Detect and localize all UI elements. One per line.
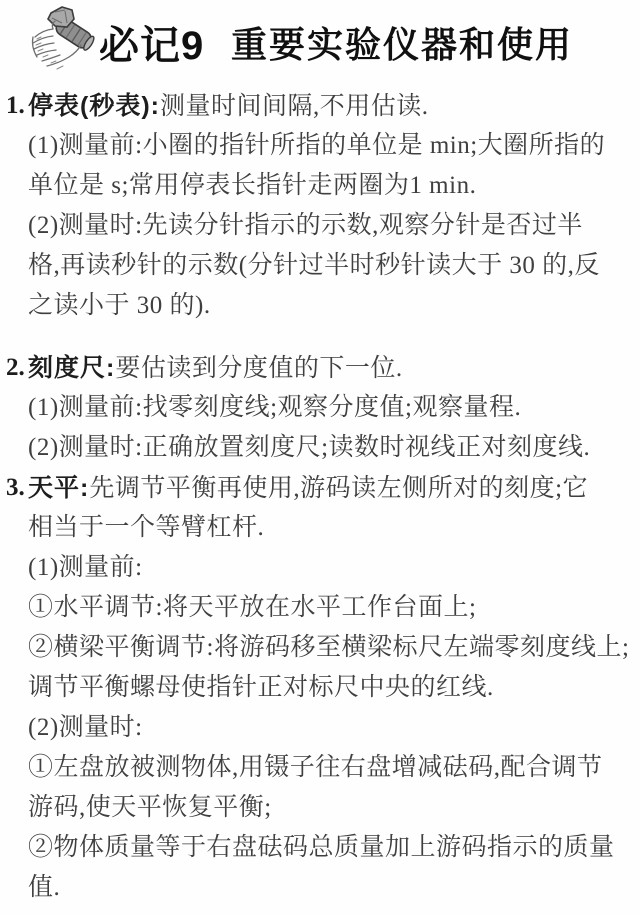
section-number: 2. bbox=[6, 348, 25, 388]
lead-text: 测量时间间隔,不用估读. bbox=[160, 93, 429, 120]
text-line: 游码,使天平恢复平衡; bbox=[28, 788, 636, 828]
text-line: (1)测量前:找零刻度线;观察分度值;观察量程. bbox=[28, 388, 636, 428]
lead-text: 要估读到分度值的下一位. bbox=[115, 355, 402, 382]
lesson-badge: 必记9 bbox=[99, 14, 204, 71]
section-heading: 停表(秒表): bbox=[28, 92, 160, 120]
section-number: 3. bbox=[6, 468, 25, 508]
text-line: 值. bbox=[28, 868, 636, 908]
text-line: (2)测量时:正确放置刻度尺;读数时视线正对刻度线. bbox=[28, 428, 636, 468]
section-ruler: 2. 刻度尺:要估读到分度值的下一位. (1)测量前:找零刻度线;观察分度值;观… bbox=[0, 348, 640, 468]
text-line: (1)测量前: bbox=[28, 548, 636, 588]
text-line: 单位是 s;常用停表长指针走两圈为1 min. bbox=[28, 166, 636, 206]
section-number: 1. bbox=[6, 86, 25, 126]
text-line: 之读小于 30 的). bbox=[28, 286, 636, 326]
section-stopwatch: 1. 停表(秒表):测量时间间隔,不用估读. (1)测量前:小圈的指针所指的单位… bbox=[0, 86, 640, 326]
text-line: 停表(秒表):测量时间间隔,不用估读. bbox=[28, 86, 636, 126]
page-title: 重要实验仪器和使用 bbox=[231, 17, 573, 68]
text-line: ②横梁平衡调节:将游码移至横梁标尺左端零刻度线上; bbox=[28, 628, 636, 668]
text-line: 格,再读秒针的示数(分针过半时秒针读大于 30 的,反 bbox=[28, 246, 636, 286]
text-line: 天平:先调节平衡再使用,游码读左侧所对的刻度;它 bbox=[28, 468, 636, 508]
section-balance: 3. 天平:先调节平衡再使用,游码读左侧所对的刻度;它 相当于一个等臂杠杆. (… bbox=[0, 468, 640, 908]
lead-text: 先调节平衡再使用,游码读左侧所对的刻度;它 bbox=[89, 475, 588, 502]
text-line: ②物体质量等于右盘砝码总质量加上游码指示的质量 bbox=[28, 828, 636, 868]
text-line: 相当于一个等臂杠杆. bbox=[28, 508, 636, 548]
text-line: (2)测量时: bbox=[28, 708, 636, 748]
page-header: 必记9 重要实验仪器和使用 bbox=[0, 0, 640, 86]
section-heading: 天平: bbox=[28, 474, 89, 502]
text-line: 调节平衡螺母使指针正对标尺中央的红线. bbox=[28, 668, 636, 708]
hand-chalk-icon bbox=[27, 3, 101, 73]
text-line: ①水平调节:将天平放在水平工作台面上; bbox=[28, 588, 636, 628]
textbook-page: 必记9 重要实验仪器和使用 1. 停表(秒表):测量时间间隔,不用估读. (1)… bbox=[0, 0, 640, 915]
text-line: (2)测量时:先读分针指示的示数,观察分针是否过半 bbox=[28, 206, 636, 246]
section-heading: 刻度尺: bbox=[28, 354, 115, 382]
text-line: ①左盘放被测物体,用镊子往右盘增减砝码,配合调节 bbox=[28, 748, 636, 788]
text-line: (1)测量前:小圈的指针所指的单位是 min;大圈所指的 bbox=[28, 126, 636, 166]
text-line: 刻度尺:要估读到分度值的下一位. bbox=[28, 348, 636, 388]
